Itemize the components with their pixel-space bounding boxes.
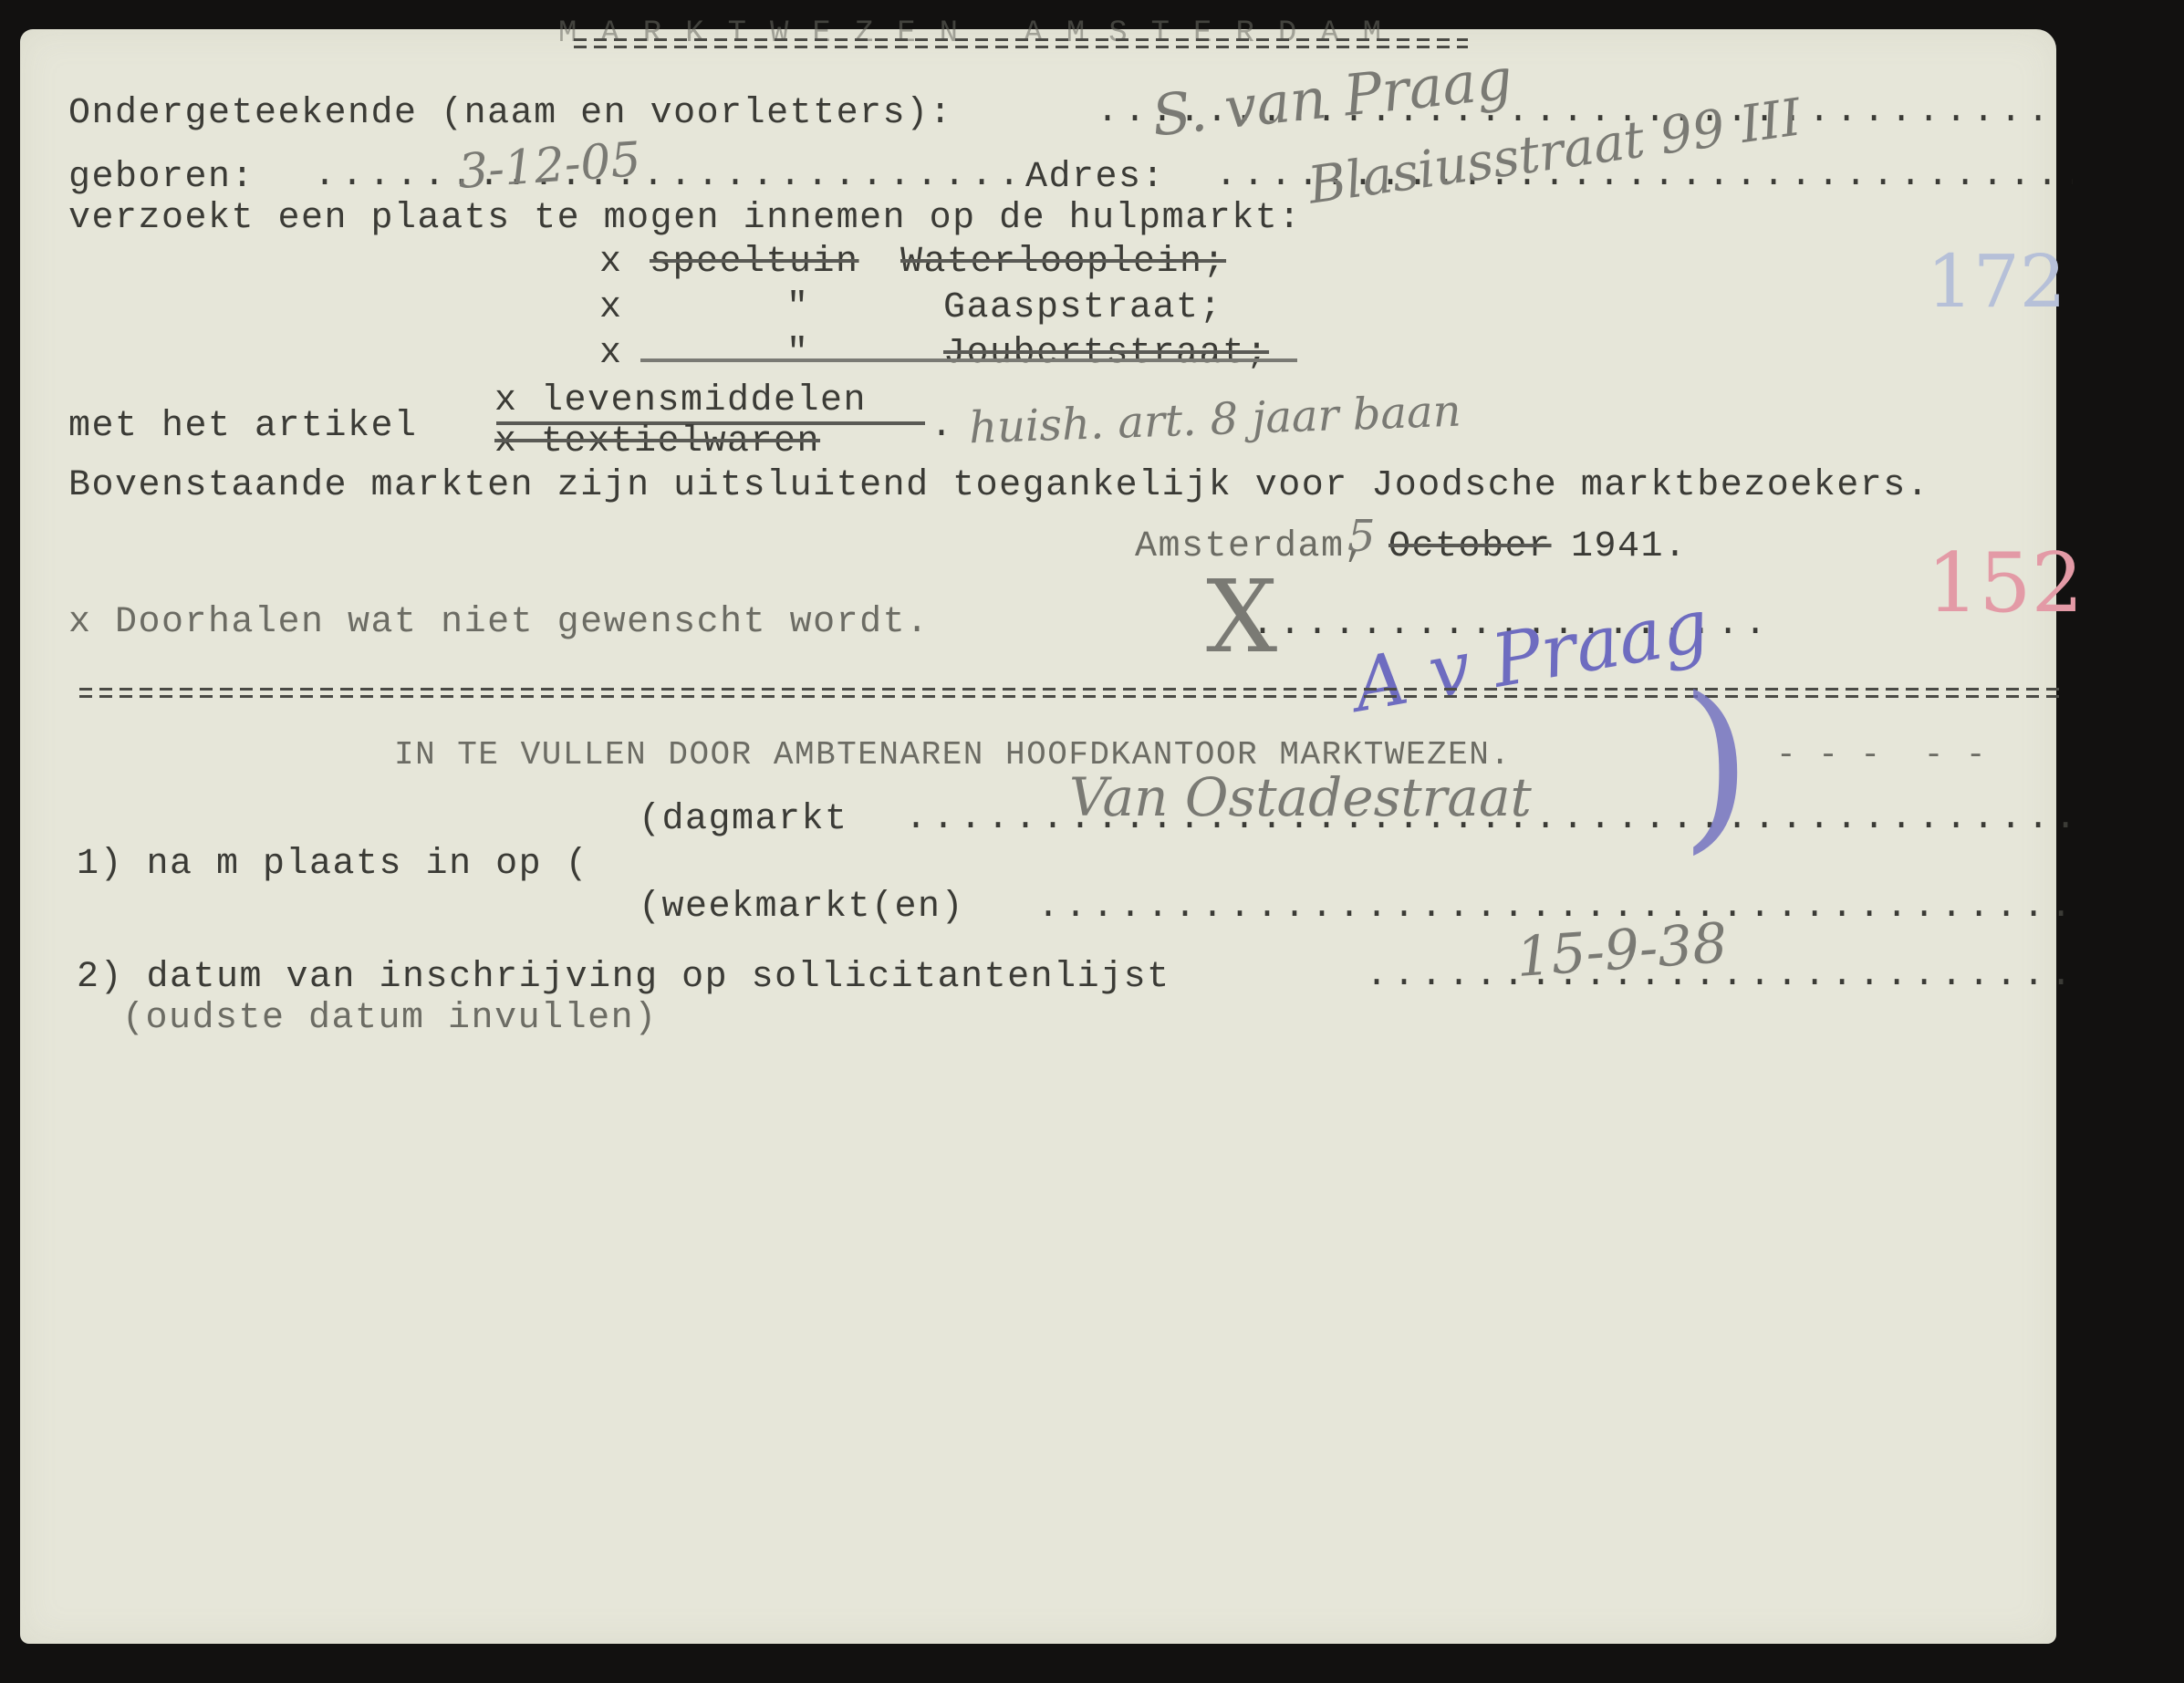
market-option-gaaspstraat: Gaaspstraat; — [943, 287, 1222, 328]
address-label: Adres: — [1025, 157, 1165, 198]
margin-number-blue: 172 — [1927, 239, 2066, 324]
item2-label: 2) datum van inschrijving op sollicitant… — [77, 957, 1170, 998]
article-handwritten-note[interactable]: huish. art. 8 jaar baan — [968, 386, 1461, 454]
blue-loop-mark: ) — [1680, 659, 1752, 871]
born-label: geboren: — [68, 157, 255, 198]
market-option-marker: x — [599, 242, 623, 283]
footnote: x Doorhalen wat niet gewenscht wordt. — [68, 602, 930, 643]
margin-number-red: 152 — [1927, 535, 2084, 631]
weekmarkt-label: (weekmarkt(en) — [639, 887, 964, 928]
section-double-rule — [79, 686, 2064, 699]
name-value[interactable]: S. van Praag — [1149, 45, 1515, 149]
official-trailing-dashes: - - - - - — [1776, 736, 1987, 774]
market-option-marker: x — [599, 333, 623, 374]
article-option-levensmiddelen: x levensmiddelen — [494, 380, 867, 421]
dagmarkt-value[interactable]: Van Ostadestraat — [1069, 766, 1532, 828]
item1-label: 1) na m plaats in op ( — [77, 844, 588, 885]
weekmarkt-dotted-line: ........................................… — [1037, 887, 2073, 928]
date-day[interactable]: 5 — [1347, 511, 1376, 562]
article-label: met het artikel — [68, 406, 418, 447]
ditto-mark: " — [786, 333, 810, 374]
item2-sub: (oudste datum invullen) — [122, 998, 658, 1039]
document-card: MARKTWEZEN AMSTERDAM Ondergeteekende (na… — [20, 29, 2056, 1644]
date-month: October — [1388, 526, 1552, 567]
dagmarkt-label: (dagmarkt — [639, 799, 848, 840]
market-option-marker: x — [599, 287, 623, 328]
article-period: . — [931, 406, 954, 447]
market-option-joubertstraat: Joubertstraat; — [943, 333, 1269, 374]
notice-text: Bovenstaande markten zijn uitsluitend to… — [68, 465, 1929, 506]
market-option-waterlooplein: Waterlooplein; — [900, 242, 1226, 283]
born-dotted-line: ............................. — [314, 155, 1025, 196]
ditto-mark: " — [786, 287, 810, 328]
article-option-textielwaren: x textielwaren — [494, 421, 820, 462]
date-year: 1941. — [1571, 526, 1688, 567]
request-line: verzoekt een plaats te mogen innemen op … — [68, 198, 1302, 239]
market-option-prefix: speeltuin — [650, 242, 859, 283]
name-label: Ondergeteekende (naam en voorletters): — [68, 93, 952, 134]
joubert-strike-line — [640, 358, 1297, 362]
header-double-rule — [574, 36, 1468, 49]
